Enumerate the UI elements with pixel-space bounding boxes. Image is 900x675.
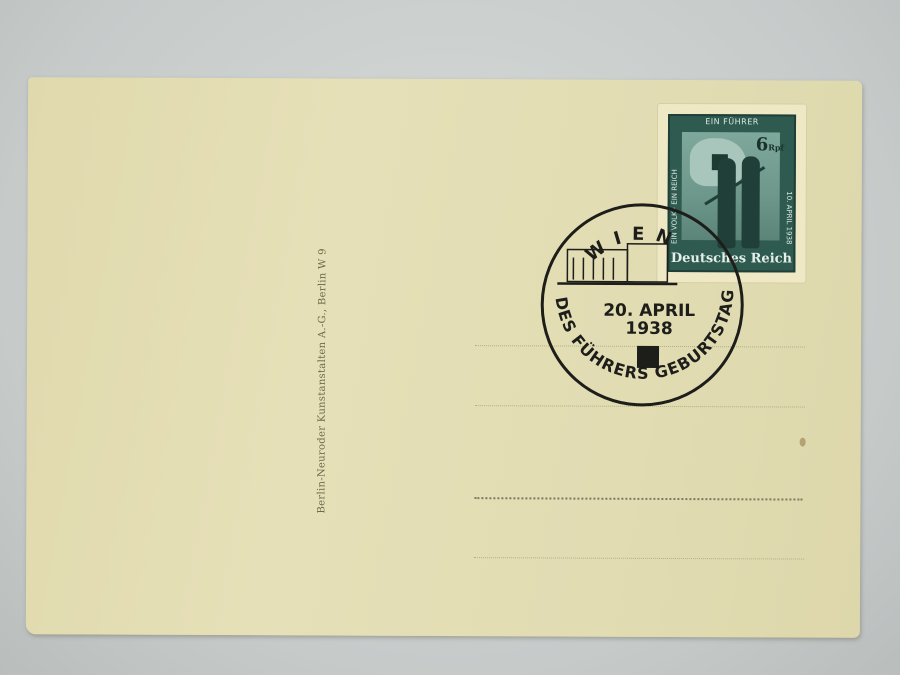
stain xyxy=(800,438,806,447)
building-icon xyxy=(557,243,677,284)
address-line xyxy=(474,557,804,559)
stamp-value-unit: Rpf xyxy=(768,142,784,152)
postmark-city: WIEN xyxy=(582,223,684,266)
postmark: WIEN 20. APRIL 1938 DES FÜHRERS GEBURTST… xyxy=(537,199,748,410)
address-line xyxy=(474,497,802,500)
stamp-right-text: 10. APRIL 1938 xyxy=(784,191,792,244)
stamp-value-number: 6 xyxy=(756,134,769,155)
printer-imprint: Berlin-Neuroder Kunstanstalten A.-G., Be… xyxy=(316,248,328,513)
stamp-top-text: EIN FÜHRER xyxy=(670,117,794,127)
postcard: Berlin-Neuroder Kunstanstalten A.-G., Be… xyxy=(26,77,862,638)
postmark-year: 1938 xyxy=(625,319,672,339)
stamp-value: 6Rpf xyxy=(756,134,784,155)
